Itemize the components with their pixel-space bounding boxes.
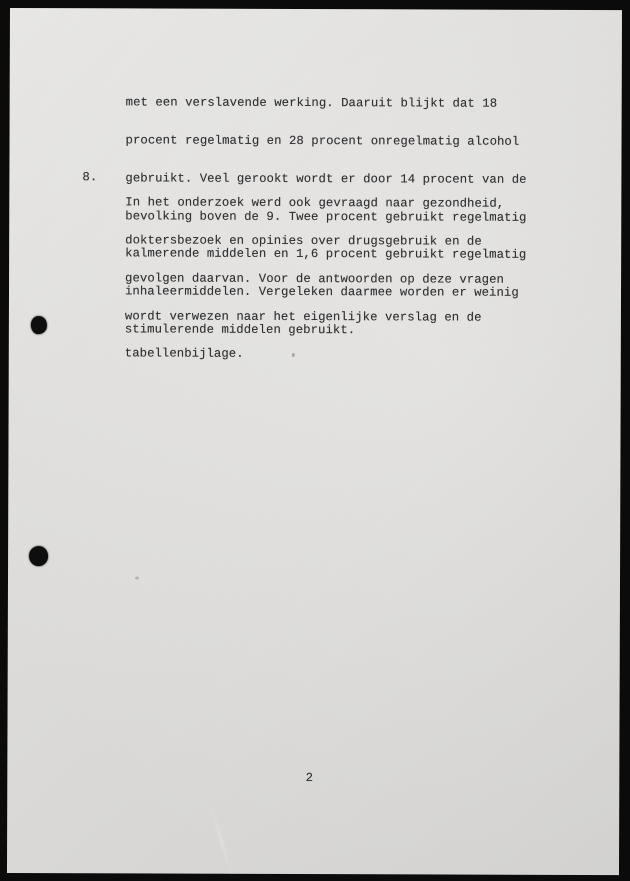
punch-hole-bottom [29,546,48,566]
paragraph-line: tabellenbijlage. [125,348,504,362]
paragraph-line: In het onderzoek werd ook gevraagd naar … [125,197,504,211]
paper-crease [208,800,234,879]
paragraph-line: gevolgen daarvan. Voor de antwoorden op … [125,272,504,286]
paragraph-line: doktersbezoek en opinies over drugsgebru… [125,234,504,248]
item-paragraph: In het onderzoek werd ook gevraagd naar … [125,171,505,386]
paragraph-line: wordt verwezen naar het eigenlijke versl… [125,310,504,324]
ink-speck [292,353,295,357]
ink-speck [135,576,139,579]
paragraph-line: met een verslavende werking. Daaruit bli… [126,97,527,111]
punch-hole-top [30,316,46,334]
item-number: 8. [82,171,97,184]
scanned-page: met een verslavende werking. Daaruit bli… [0,0,630,881]
numbered-item-8: 8. In het onderzoek werd ook gevraagd na… [9,171,621,173]
paragraph-line: procent regelmatig en 28 procent onregel… [126,134,527,148]
paper-sheet: met een verslavende werking. Daaruit bli… [7,8,622,875]
page-number: 2 [301,772,317,785]
